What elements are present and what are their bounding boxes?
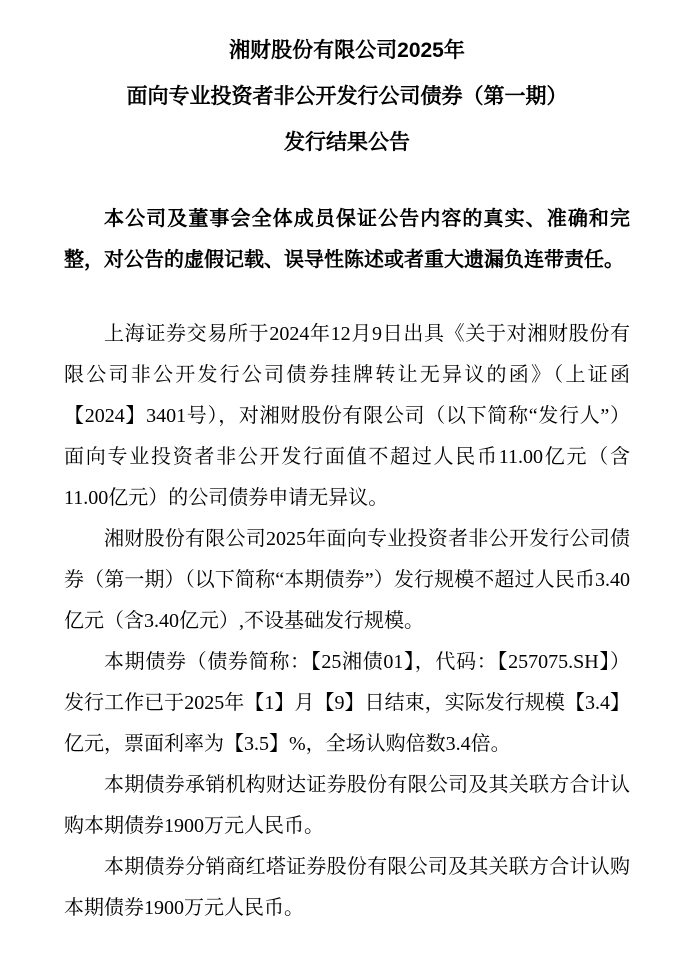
- paragraph-underwriter-subscription: 本期债券承销机构财达证券股份有限公司及其关联方合计认购本期债券1900万元人民币…: [64, 765, 630, 847]
- board-disclaimer-paragraph: 本公司及董事会全体成员保证公告内容的真实、准确和完整，对公告的虚假记载、误导性陈…: [64, 199, 630, 281]
- paragraph-distributor-subscription: 本期债券分销商红塔证券股份有限公司及其关联方合计认购本期债券1900万元人民币。: [64, 847, 630, 929]
- title-line-bond-name: 面向专业投资者非公开发行公司债券（第一期）: [64, 74, 630, 120]
- document-title: 湘财股份有限公司2025年 面向专业投资者非公开发行公司债券（第一期） 发行结果…: [64, 28, 630, 166]
- title-line-result-announcement: 发行结果公告: [64, 120, 630, 166]
- document-body: 上海证券交易所于2024年12月9日出具《关于对湘财股份有限公司非公开发行公司债…: [64, 314, 630, 929]
- paragraph-issuance-scale: 湘财股份有限公司2025年面向专业投资者非公开发行公司债券（第一期）（以下简称“…: [64, 519, 630, 642]
- paragraph-issuance-result: 本期债券（债券简称：【25湘债01】，代码：【257075.SH】）发行工作已于…: [64, 642, 630, 765]
- title-line-company-year: 湘财股份有限公司2025年: [64, 28, 630, 74]
- announcement-document: 湘财股份有限公司2025年 面向专业投资者非公开发行公司债券（第一期） 发行结果…: [0, 0, 692, 953]
- paragraph-sse-no-objection-letter: 上海证券交易所于2024年12月9日出具《关于对湘财股份有限公司非公开发行公司债…: [64, 314, 630, 519]
